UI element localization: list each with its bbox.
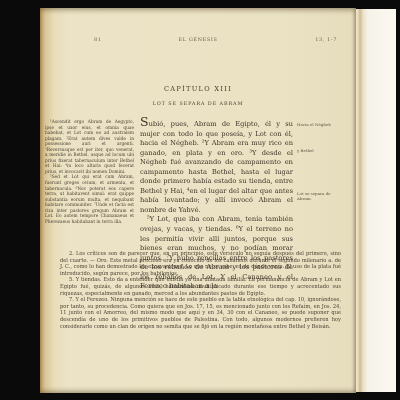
page-stack-edge xyxy=(352,9,396,392)
chapter-title: CAPÍTULO XIII xyxy=(40,85,356,93)
verse-reference: 13, 1-7 xyxy=(315,37,337,43)
running-head: 81 EL GÉNESIS 13, 1-7 xyxy=(40,37,356,45)
margin-note-bethel: y Bethel xyxy=(297,148,335,153)
commentary-footnotes: 2. Los críticos son de parecer que, en u… xyxy=(60,251,341,330)
chapter-subtitle: LOT SE SEPARA DE ABRAM xyxy=(40,101,356,107)
commentary-note-v5: 5. Y tiendas. Esto da a entender que exi… xyxy=(60,277,341,297)
commentary-note-v7: 7. Y el Ferezeo. Ninguna mención se hace… xyxy=(60,297,341,330)
book-photo: 81 EL GÉNESIS 13, 1-7 CAPÍTULO XIII LOT … xyxy=(0,0,400,400)
latin-paragraph-2: ⁵Sed et Lot qui erat cum Abram, fuerunt … xyxy=(45,175,134,225)
book-page: 81 EL GÉNESIS 13, 1-7 CAPÍTULO XIII LOT … xyxy=(40,8,356,393)
running-title: EL GÉNESIS xyxy=(40,37,356,43)
latin-vulgate-column: ¹Ascendit ergo Abram de Aegypto, ipse et… xyxy=(45,120,134,225)
verse-paragraph-1: Subió, pues, Abram de Egipto, él y su mu… xyxy=(140,117,293,215)
latin-paragraph-1: ¹Ascendit ergo Abram de Aegypto, ipse et… xyxy=(45,120,134,175)
margin-note-negheb: Hacia el Négheb xyxy=(297,122,335,127)
margin-note-lot-separa: Lot se separa de Abram. xyxy=(297,191,335,201)
commentary-note-v2: 2. Los críticos son de parecer que, en u… xyxy=(60,251,341,277)
scripture-section: ¹Ascendit ergo Abram de Aegypto, ipse et… xyxy=(40,117,356,262)
